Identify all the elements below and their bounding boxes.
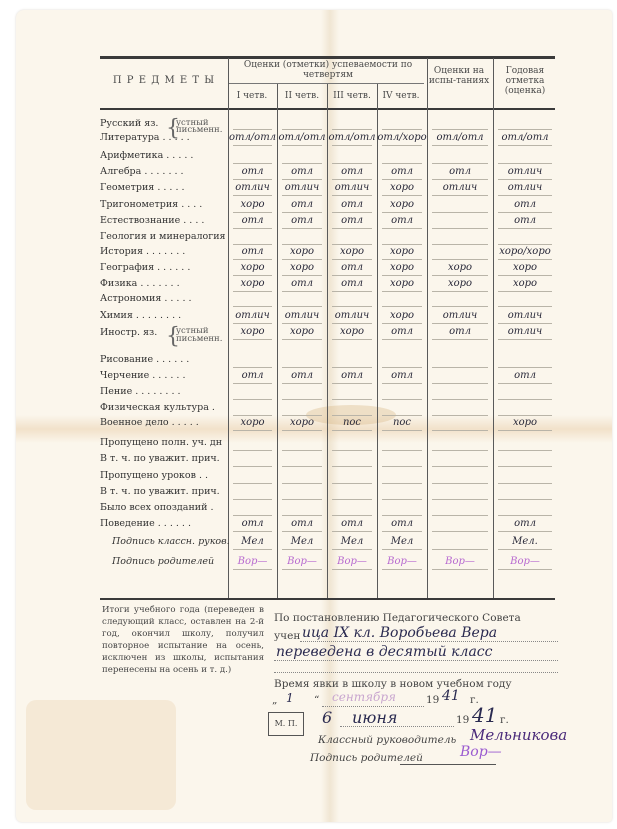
cell-rule [382,212,422,213]
grade-cell: Мел [277,536,327,547]
cell-rule [332,515,372,516]
teacher-signature: Мельникова [470,726,567,744]
date-year-prefix: 19 [456,714,469,726]
cell-rule [498,291,552,292]
cell-rule [498,466,552,467]
grade-cell: отл [327,199,377,210]
quarters-group-header: Оценки (отметки) успеваемости по четверт… [232,60,424,80]
cell-rule [332,549,372,550]
stain [26,700,176,810]
grade-cell: Вор— [493,556,557,567]
row-label: Арифметика . . . . . [100,150,193,161]
grade-cell: хоро [277,326,327,337]
grade-cell: отл/отл [228,132,277,143]
cell-rule [382,549,422,550]
cell-rule [282,483,322,484]
signature-line [400,764,496,765]
cell-rule [382,275,422,276]
council-prefix: учен [274,630,300,642]
row-label: Алгебра . . . . . . . [100,166,184,177]
stamp-box: М. П. [268,712,304,736]
cell-rule [282,259,322,260]
cell-rule [382,244,422,245]
cell-rule [233,531,272,532]
row-label: Пропущено полн. уч. дн [100,437,222,448]
cell-rule [282,323,322,324]
row-label: Русский яз. [100,118,158,129]
table-bottom-rule [100,598,555,600]
cell-rule [233,145,272,146]
parent-signature: Вор— [460,744,502,760]
cell-rule [382,531,422,532]
row-label: Иностр. яз. [100,327,157,338]
row-label: Физика . . . . . . . [100,278,180,289]
grade-cell: хоро/хоро [493,246,557,257]
cell-rule [233,212,272,213]
row-label: Пропущено уроков . . [100,470,208,481]
cell-rule [382,306,422,307]
cell-rule [233,339,272,340]
cell-rule [382,291,422,292]
grade-cell: Вор— [377,556,427,567]
cell-rule [432,275,488,276]
cell-rule [498,244,552,245]
row-label: Астрономия . . . . . [100,293,192,304]
grade-cell: отл/отл [327,132,377,143]
cell-rule [332,145,372,146]
grade-cell: отл [277,370,327,381]
cell-rule [382,499,422,500]
grade-cell: хоро [228,417,277,428]
grade-cell: хоро [228,278,277,289]
cell-rule [382,179,422,180]
cell-rule [382,569,422,570]
cell-rule [382,129,422,130]
grade-cell: пос [377,417,427,428]
cell-rule [498,195,552,196]
cell-rule [332,415,372,416]
grade-cell: отлич [493,326,557,337]
cell-rule [282,244,322,245]
grade-cell: отл [377,370,427,381]
cell-rule [432,323,488,324]
row-sublabel: письменн. [176,334,222,344]
cell-rule [282,228,322,229]
cell-rule [233,195,272,196]
cell-rule [498,323,552,324]
cell-rule [282,212,322,213]
grade-cell: отл [228,215,277,226]
cell-rule [233,163,272,164]
cell-rule [282,163,322,164]
grade-cell: отл [327,370,377,381]
cell-rule [282,430,322,431]
grade-cell: хоро [327,246,377,257]
row-label: Подпись родителей [112,556,214,567]
quarter-4-header: IV четв. [377,91,425,101]
cell-rule [498,450,552,451]
grade-cell: хоро [377,262,427,273]
cell-rule [233,383,272,384]
cell-rule [233,367,272,368]
cell-rule [332,291,372,292]
cell-rule [332,306,372,307]
cell-rule [498,259,552,260]
cell-rule [332,323,372,324]
grade-cell: отл [493,215,557,226]
cell-rule [432,515,488,516]
cell-rule [498,339,552,340]
row-label: Химия . . . . . . . . [100,310,181,321]
arrival-month: сентября [332,690,396,704]
row-label: Физическая культура . [100,402,215,413]
cell-rule [382,483,422,484]
dotted-line [300,641,558,642]
grade-cell: отл [277,278,327,289]
cell-rule [432,179,488,180]
year-results-note: Итоги учебного года (переведен в следующ… [102,604,264,676]
cell-rule [332,367,372,368]
cell-rule [332,163,372,164]
row-label: В т. ч. по уважит. прич. [100,486,220,497]
grade-cell: отл [493,370,557,381]
cell-rule [282,515,322,516]
cell-rule [282,291,322,292]
cell-rule [498,399,552,400]
grade-cell: отл/отл [427,132,493,143]
row-label: Естествознание . . . . [100,215,204,226]
grade-cell: хоро [377,246,427,257]
cell-rule [282,145,322,146]
cell-rule [233,569,272,570]
cell-rule [432,228,488,229]
grade-cell: отл [427,166,493,177]
cell-rule [282,415,322,416]
cell-rule [498,179,552,180]
cell-rule [382,339,422,340]
cell-rule [432,129,488,130]
header-divider [228,83,424,84]
annual-header: Годовая отметка (оценка) [494,66,556,96]
row-label: Геометрия . . . . . [100,182,185,193]
cell-rule [233,415,272,416]
grade-cell: хоро [228,199,277,210]
arrival-year-prefix: 19 [426,694,439,706]
cell-rule [382,195,422,196]
grade-cell: отлич [277,310,327,321]
cell-rule [432,259,488,260]
cell-rule [382,367,422,368]
cell-rule [432,367,488,368]
grade-cell: хоро [377,310,427,321]
arrival-year: 41 [442,688,460,704]
cell-rule [233,515,272,516]
cell-rule [282,383,322,384]
cell-rule [233,228,272,229]
grade-cell: отл [277,166,327,177]
cell-rule [282,179,322,180]
row-label: Литература . . . . . [100,132,190,143]
grade-cell: хоро [277,246,327,257]
grade-cell: отл [493,518,557,529]
grade-cell: хоро [427,262,493,273]
cell-rule [382,430,422,431]
grade-cell: Мел [228,536,277,547]
grade-cell: отлич [327,182,377,193]
cell-rule [233,291,272,292]
cell-rule [332,275,372,276]
cell-rule [498,212,552,213]
grade-cell: отл [277,518,327,529]
date-year-suffix: г. [500,714,509,726]
cell-rule [233,430,272,431]
cell-rule [332,499,372,500]
parent-label: Подпись родителей [310,752,423,764]
grade-cell: Вор— [228,556,277,567]
grade-cell: хоро [277,262,327,273]
cell-rule [332,430,372,431]
grade-cell: отлич [327,310,377,321]
cell-rule [233,483,272,484]
grade-cell: отл [228,370,277,381]
cell-rule [498,275,552,276]
grade-cell: отл [327,215,377,226]
grade-cell: отлич [427,310,493,321]
cell-rule [233,399,272,400]
cell-rule [233,466,272,467]
grade-cell: отлич [277,182,327,193]
grade-cell: отл [228,518,277,529]
grade-cell: отл [228,166,277,177]
cell-rule [498,306,552,307]
row-label: Рисование . . . . . . [100,354,189,365]
row-label: Черчение . . . . . . [100,370,185,381]
cell-rule [432,450,488,451]
cell-rule [382,383,422,384]
cell-rule [432,145,488,146]
grade-cell: отл [277,215,327,226]
cell-rule [432,383,488,384]
row-label: Военное дело . . . . . [100,417,199,428]
grade-cell: отл [493,199,557,210]
cell-rule [282,549,322,550]
cell-rule [498,549,552,550]
cell-rule [498,367,552,368]
cell-rule [282,399,322,400]
cell-rule [233,306,272,307]
cell-rule [382,163,422,164]
grade-cell: отл/хоро [377,132,427,143]
grade-cell: хоро [377,278,427,289]
cell-rule [332,195,372,196]
date-day: 6 [322,708,332,727]
council-handwriting-2: переведена в десятый класс [276,644,492,660]
cell-rule [332,212,372,213]
cell-rule [233,549,272,550]
cell-rule [332,399,372,400]
cell-rule [498,145,552,146]
grade-cell: Вор— [277,556,327,567]
grade-cell: отл [228,246,277,257]
grade-cell: отл [377,215,427,226]
cell-rule [332,483,372,484]
grade-cell: хоро [377,199,427,210]
dotted-line [274,672,558,673]
row-label: Пение . . . . . . . . [100,386,181,397]
cell-rule [498,483,552,484]
cell-rule [332,244,372,245]
cell-rule [432,306,488,307]
cell-rule [432,531,488,532]
cell-rule [332,383,372,384]
cell-rule [498,569,552,570]
cell-rule [282,306,322,307]
arrival-day: 1 [286,691,294,705]
cell-rule [432,399,488,400]
cell-rule [382,323,422,324]
arrival-label: Время явки в школу в новом учебном году [274,678,512,690]
cell-rule [382,515,422,516]
grade-cell: отл [377,518,427,529]
cell-rule [382,259,422,260]
grade-cell: пос [327,417,377,428]
cell-rule [382,415,422,416]
row-label: В т. ч. по уважит. прич. [100,453,220,464]
council-handwriting-1: ица IX кл. Воробьева Вера [302,625,497,641]
grade-cell: Мел [377,536,427,547]
cell-rule [233,259,272,260]
date-year: 41 [472,703,497,727]
cell-rule [282,450,322,451]
cell-rule [332,259,372,260]
cell-rule [432,415,488,416]
cell-rule [332,466,372,467]
grade-cell: отл [427,326,493,337]
cell-rule [432,212,488,213]
cell-rule [382,450,422,451]
cell-rule [282,339,322,340]
quarter-3-header: III четв. [327,91,377,101]
cell-rule [233,450,272,451]
row-label: Было всех опозданий . [100,502,214,513]
grade-cell: отл/отл [277,132,327,143]
cell-rule [233,323,272,324]
cell-rule [332,179,372,180]
cell-rule [432,339,488,340]
cell-rule [282,367,322,368]
row-label: История . . . . . . . [100,246,185,257]
header-top-rule [100,56,555,59]
cell-rule [432,291,488,292]
grade-cell: хоро [228,326,277,337]
exam-header: Оценки на испы-таниях [428,66,490,86]
grade-cell: отл/отл [493,132,557,143]
cell-rule [432,499,488,500]
cell-rule [498,383,552,384]
cell-rule [498,515,552,516]
grade-cell: хоро [228,262,277,273]
grade-cell: отлич [228,182,277,193]
cell-rule [233,244,272,245]
row-label: География . . . . . . [100,262,190,273]
cell-rule [282,129,322,130]
subjects-header: П Р Е Д М Е Т Ы [100,76,228,86]
cell-rule [332,450,372,451]
cell-rule [498,228,552,229]
cell-rule [282,275,322,276]
cell-rule [332,569,372,570]
cell-rule [382,399,422,400]
cell-rule [498,430,552,431]
cell-rule [233,499,272,500]
teacher-label: Классный руководитель [318,734,456,746]
grade-cell: хоро [493,278,557,289]
grade-cell: хоро [327,326,377,337]
cell-rule [498,163,552,164]
cell-rule [282,569,322,570]
cell-rule [282,499,322,500]
cell-rule [382,145,422,146]
cell-rule [332,129,372,130]
grade-cell: Мел [327,536,377,547]
grade-cell: Мел. [493,536,557,547]
cell-rule [332,339,372,340]
grade-cell: отл [327,166,377,177]
grade-cell: отлич [493,182,557,193]
council-line: По постановлению Педагогического Совета [274,612,521,624]
cell-rule [432,163,488,164]
cell-rule [432,549,488,550]
cell-rule [332,531,372,532]
cell-rule [282,531,322,532]
cell-rule [498,499,552,500]
cell-rule [432,483,488,484]
cell-rule [332,228,372,229]
cell-rule [282,195,322,196]
cell-rule [282,466,322,467]
cell-rule [432,195,488,196]
grade-cell: Вор— [327,556,377,567]
grade-cell: отлич [493,166,557,177]
cell-rule [498,531,552,532]
quarter-1-header: I четв. [228,91,276,101]
cell-rule [233,275,272,276]
cell-rule [233,179,272,180]
cell-rule [382,228,422,229]
grade-cell: отл [327,262,377,273]
grade-cell: хоро [277,417,327,428]
quarter-2-header: II четв. [277,91,327,101]
grade-cell: отл [377,166,427,177]
row-label: Поведение . . . . . . [100,518,191,529]
grade-cell: хоро [427,278,493,289]
row-label: Тригонометрия . . . . [100,199,202,210]
grade-cell: отл [277,199,327,210]
grade-cell: отлич [228,310,277,321]
cell-rule [432,430,488,431]
date-month: июня [352,708,398,727]
cell-rule [432,466,488,467]
grade-cell: отл [377,326,427,337]
cell-rule [498,129,552,130]
dotted-line [274,660,558,661]
cell-rule [432,244,488,245]
grade-cell: хоро [493,417,557,428]
grade-cell: отл [327,278,377,289]
grade-cell: отлич [427,182,493,193]
row-label: Подпись классн. руков. [112,536,230,547]
cell-rule [432,569,488,570]
